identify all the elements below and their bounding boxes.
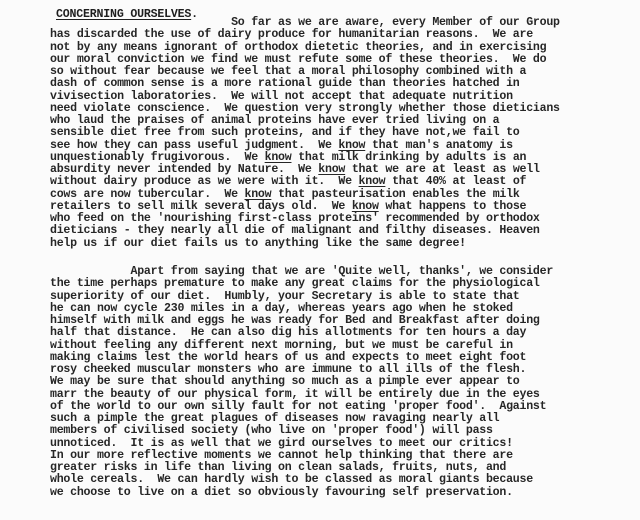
text-line: marr the beauty of our physical form, it…: [50, 389, 553, 401]
text-line: We may be sure that should anything so m…: [50, 376, 553, 388]
text-line: see how they can pass useful judgment. W…: [50, 140, 560, 152]
text-line: members of civilised society (who live o…: [50, 425, 553, 437]
text-line: has discarded the use of dairy produce f…: [50, 29, 560, 41]
text-line: half that distance. He can also dig his …: [50, 327, 553, 339]
text-line: whole cereals. We can hardly wish to be …: [50, 474, 553, 486]
text-line: unnoticed. It is as well that we gird ou…: [50, 438, 553, 450]
paragraph-2: Apart from saying that we are 'Quite wel…: [50, 266, 553, 499]
text-line: without feeling any different next morni…: [50, 340, 553, 352]
text-line: help us if our diet fails us to anything…: [50, 238, 560, 250]
text-line: we choose to live on a diet so obviously…: [50, 487, 553, 499]
text-line: sensible diet free from such proteins, a…: [50, 127, 560, 139]
text-line: superiority of our diet. Humbly, your Se…: [50, 291, 553, 303]
text-line: without dairy produce as we were with it…: [50, 176, 560, 188]
text-line: vivisection laboratories. We will not ac…: [50, 91, 560, 103]
paragraph-1: So far as we are aware, every Member of …: [50, 17, 560, 250]
text-line: not by any means ignorant of orthodox di…: [50, 42, 560, 54]
text-line: cows are now tubercular. We know that pa…: [50, 189, 560, 201]
text-line: dieticians - they nearly all die of mali…: [50, 225, 560, 237]
text-line: dash of common sense is a more rational …: [50, 78, 560, 90]
typewritten-page: CONCERNING OURSELVES. So far as we are a…: [0, 0, 640, 520]
text-line: the time perhaps premature to make any g…: [50, 278, 553, 290]
